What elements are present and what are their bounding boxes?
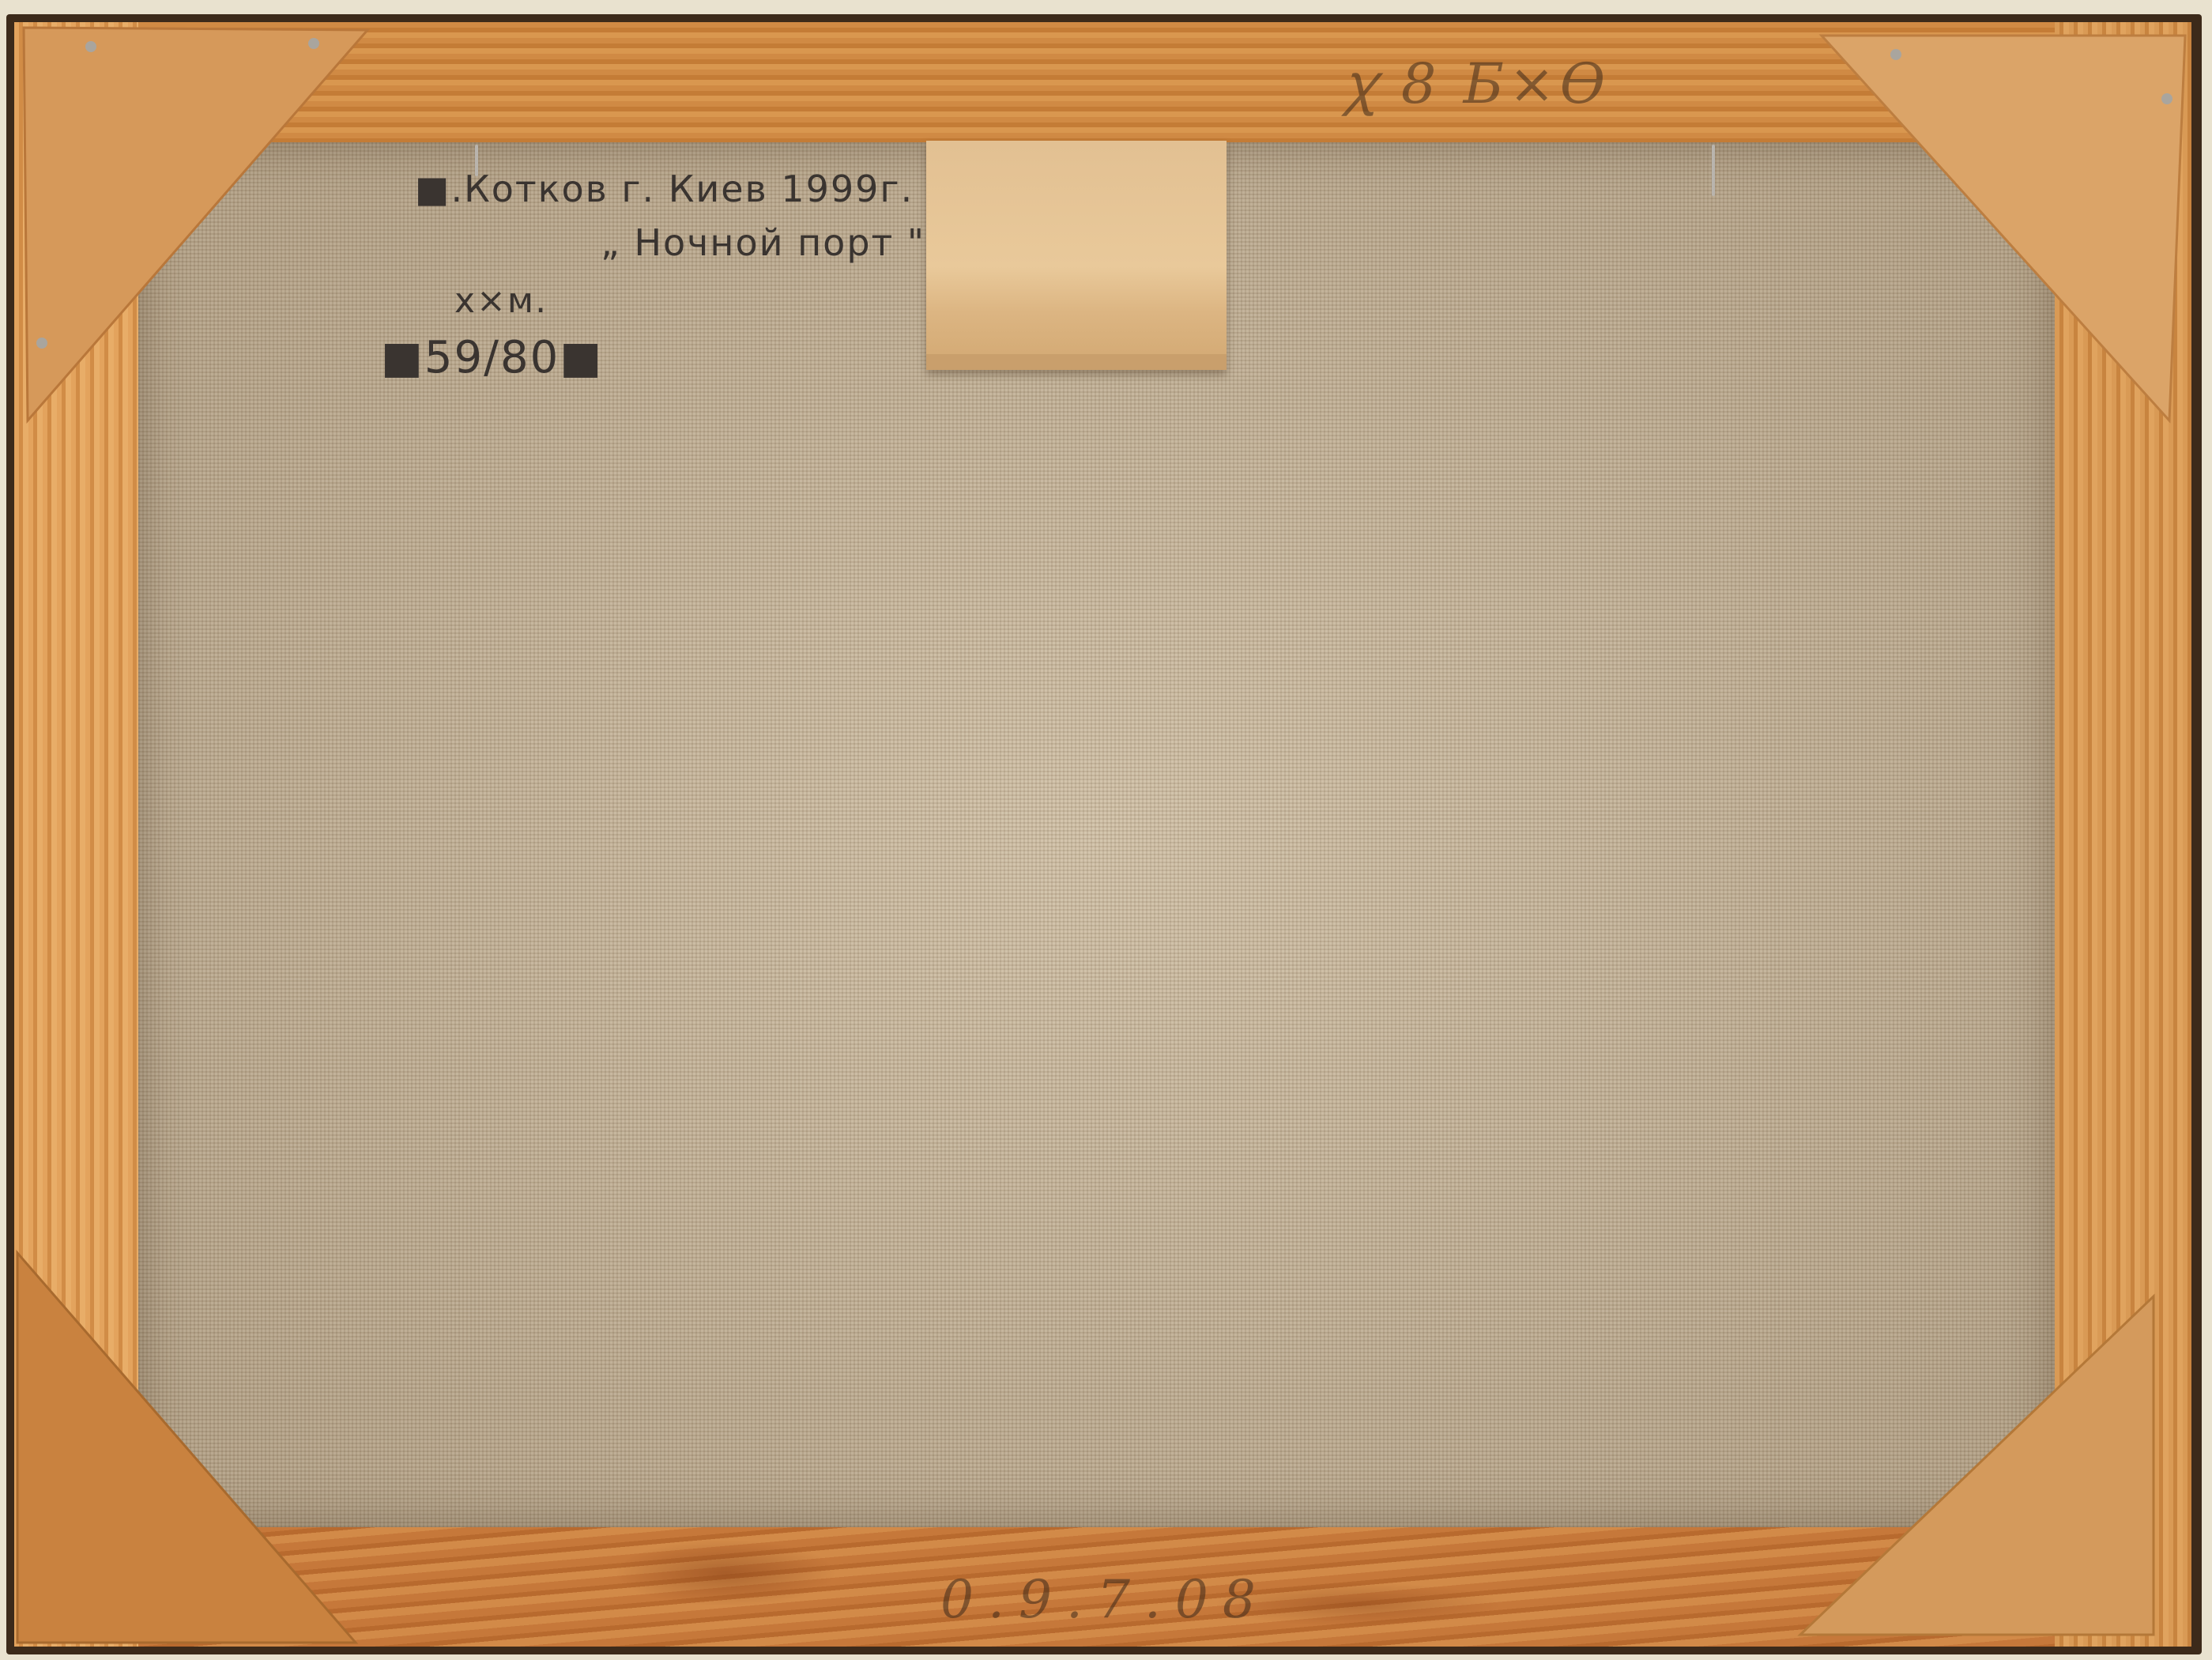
nail [36, 338, 47, 349]
painting-back-photo: ■.Котков г. Киев 1999г. „ Ночной порт " … [0, 0, 2212, 1660]
hanging-wire-hook [1712, 145, 1715, 196]
pencil-marks-bottom-bar: 0.9.7.08 [940, 1569, 1270, 1630]
pencil-marks-top-bar: ꭓ 8 Б×Ө [1343, 43, 1610, 119]
nail [1890, 49, 1901, 60]
nail [2161, 93, 2172, 104]
wooden-key-block [926, 141, 1227, 370]
nail [308, 38, 319, 49]
nail [85, 41, 96, 52]
inscription-title: „ Ночной порт " [601, 221, 925, 264]
inscription-medium: х×м. [454, 281, 548, 321]
block-edge [926, 354, 1227, 370]
inscription-dimensions: ■59/80■ [381, 332, 603, 383]
inscription-artist-city-year: ■.Котков г. Киев 1999г. [415, 168, 914, 210]
